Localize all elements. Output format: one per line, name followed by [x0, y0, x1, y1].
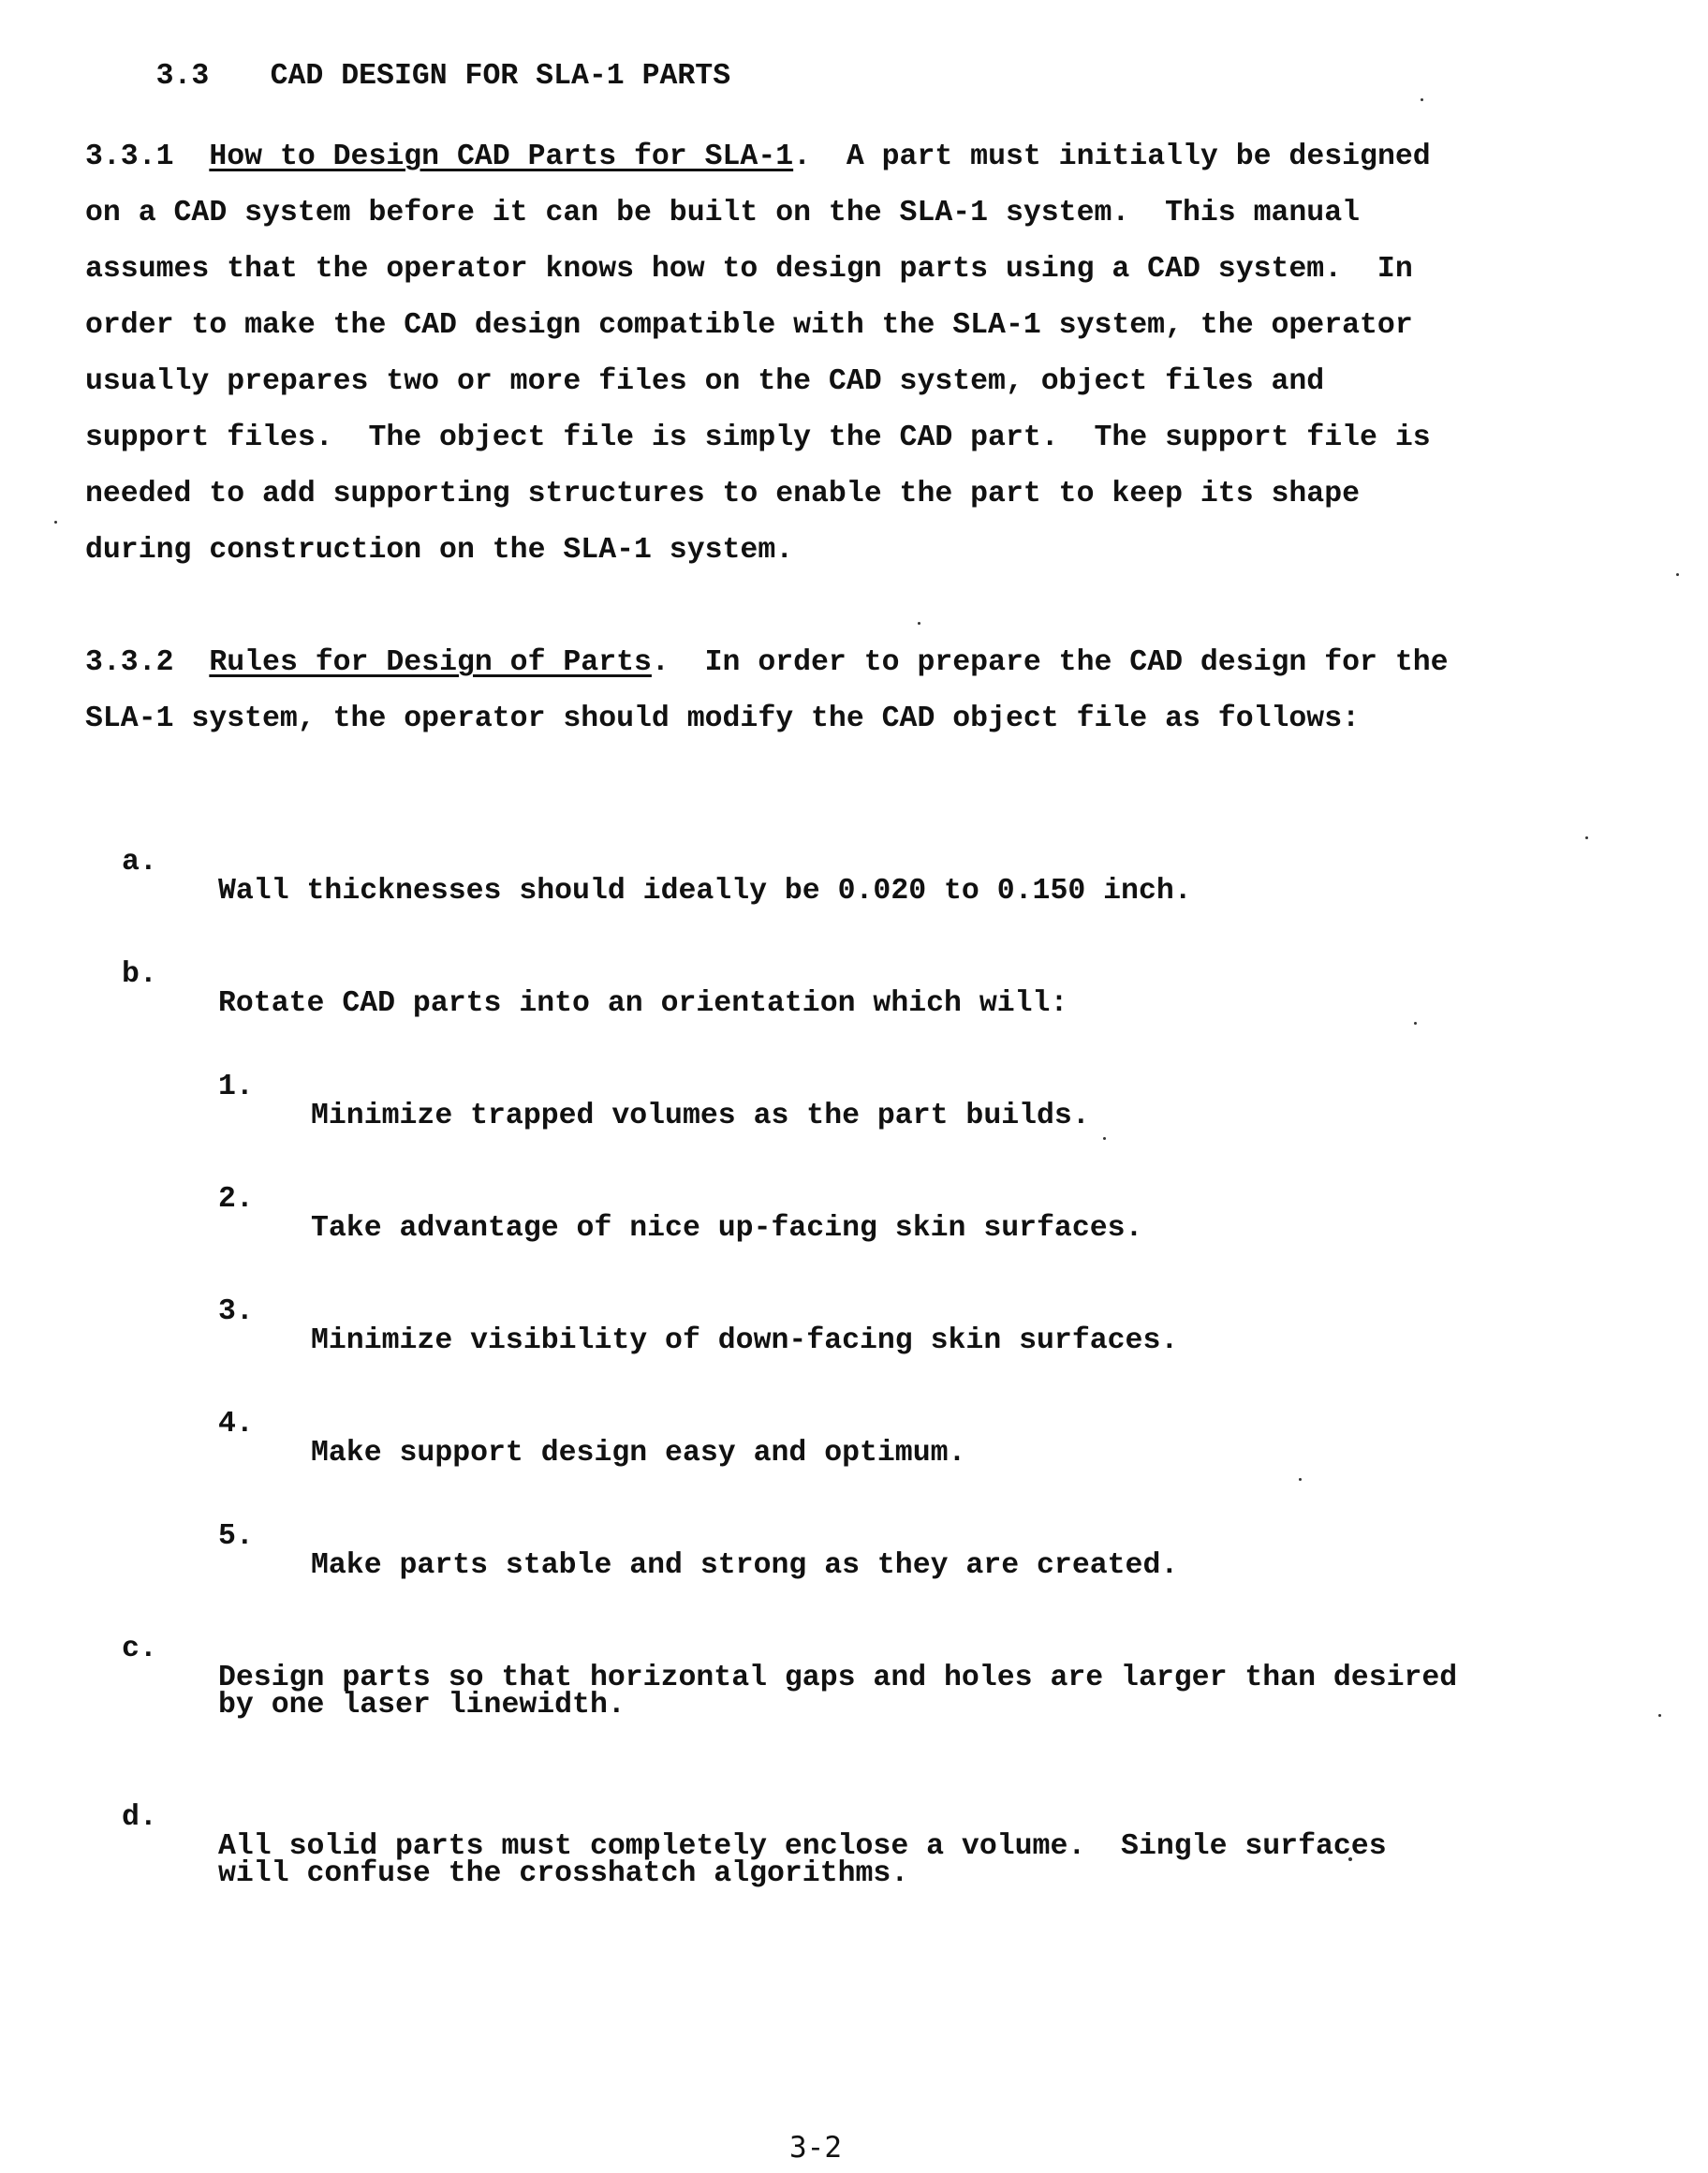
scan-speck: [1421, 98, 1423, 101]
list-item-label: d.: [122, 1803, 157, 1833]
sub-list-item: 5. Make parts stable and strong as they …: [0, 1492, 71, 1610]
list-item-d-continuation: will confuse the crosshatch algorithms.: [0, 1829, 71, 1918]
paragraph-line: support files. The object file is simply…: [85, 423, 1431, 453]
subsection-number: 3.3.2: [85, 646, 174, 679]
paragraph-line: assumes that the operator knows how to d…: [85, 255, 1413, 285]
list-item-text: Rotate CAD parts into an orientation whi…: [218, 989, 1067, 1019]
paragraph-line: order to make the CAD design compatible …: [85, 311, 1413, 341]
list-item-text: by one laser linewidth.: [218, 1691, 626, 1721]
scan-speck: [1585, 836, 1588, 839]
subsection-heading: How to Design CAD Parts for SLA-1: [209, 140, 793, 173]
subsection-number: 3.3.1: [85, 140, 174, 173]
sub-list-item-text: Minimize visibility of down-facing skin …: [311, 1326, 1178, 1356]
sub-list-item-text: Make parts stable and strong as they are…: [311, 1551, 1178, 1581]
paragraph-line: on a CAD system before it can be built o…: [85, 199, 1360, 229]
scan-speck: [1414, 1022, 1417, 1025]
scan-speck: [1676, 573, 1679, 576]
scan-speck: [1299, 1478, 1302, 1481]
list-item-c-continuation: by one laser linewidth.: [0, 1661, 71, 1750]
scan-speck: [1103, 1137, 1106, 1140]
list-item-label: c.: [122, 1634, 157, 1664]
section-heading: 3.3CAD DESIGN FOR SLA-1 PARTS: [85, 32, 730, 121]
sub-list-item: 4. Make support design easy and optimum.: [0, 1380, 71, 1498]
sub-list-item: 2. Take advantage of nice up-facing skin…: [0, 1155, 71, 1273]
paragraph-line: during construction on the SLA-1 system.: [85, 536, 793, 566]
paragraph-line: needed to add supporting structures to e…: [85, 480, 1360, 510]
list-item-a: a. Wall thicknesses should ideally be 0.…: [0, 818, 71, 936]
section-title: CAD DESIGN FOR SLA-1 PARTS: [271, 60, 730, 93]
sub-list-item-text: Minimize trapped volumes as the part bui…: [311, 1101, 1090, 1131]
list-item-text: Wall thicknesses should ideally be 0.020…: [218, 877, 1192, 907]
sub-list-item-label: 2.: [218, 1185, 254, 1215]
subsection-3-3-1-first-line: 3.3.1 How to Design CAD Parts for SLA-1.…: [85, 142, 1431, 172]
scan-speck: [54, 521, 57, 524]
list-item-b: b. Rotate CAD parts into an orientation …: [0, 930, 71, 1048]
sub-list-item-label: 4.: [218, 1410, 254, 1440]
subsection-heading: Rules for Design of Parts: [209, 646, 652, 679]
document-page: 3.3CAD DESIGN FOR SLA-1 PARTS 3.3.1 How …: [0, 0, 1708, 2173]
paragraph-line: usually prepares two or more files on th…: [85, 367, 1324, 397]
sub-list-item-text: Take advantage of nice up-facing skin su…: [311, 1214, 1142, 1244]
list-item-text: will confuse the crosshatch algorithms.: [218, 1859, 908, 1889]
sub-list-item: 1. Minimize trapped volumes as the part …: [0, 1042, 71, 1160]
page-number: 3-2: [789, 2131, 842, 2165]
sub-list-item: 3. Minimize visibility of down-facing sk…: [0, 1267, 71, 1385]
subsection-3-3-2-first-line: 3.3.2 Rules for Design of Parts. In orde…: [85, 648, 1449, 678]
sub-list-item-text: Make support design easy and optimum.: [311, 1439, 965, 1469]
sub-list-item-label: 3.: [218, 1297, 254, 1327]
paragraph-line: SLA-1 system, the operator should modify…: [85, 704, 1360, 734]
scan-speck: [1658, 1714, 1661, 1717]
section-number: 3.3: [156, 62, 271, 92]
scan-speck: [918, 622, 920, 625]
scan-speck: [1348, 1857, 1352, 1861]
sub-list-item-label: 5.: [218, 1522, 254, 1552]
list-item-label: b.: [122, 960, 157, 990]
sub-list-item-label: 1.: [218, 1072, 254, 1102]
list-item-label: a.: [122, 848, 157, 878]
